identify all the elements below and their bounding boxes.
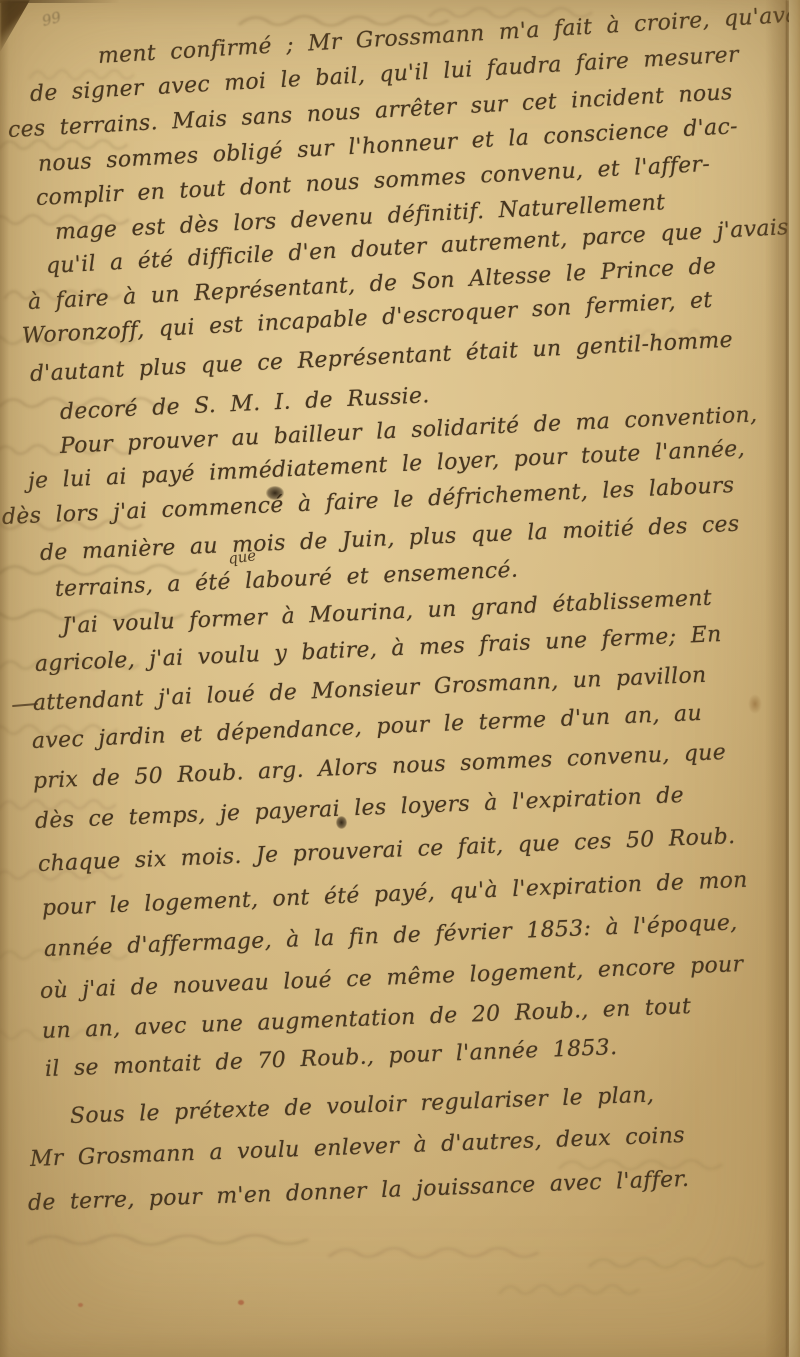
manuscript-line: Mr Grosmann a voulu enlever à d'autres, … [30, 1123, 686, 1172]
manuscript-line: chaque six mois. Je prouverai ce fait, q… [37, 824, 735, 877]
manuscript-line: année d'affermage, à la fin de février 1… [44, 910, 738, 962]
manuscript-line: Sous le prétexte de vouloir regulariser … [70, 1083, 655, 1129]
manuscript-line: de terre, pour m'en donner la jouissance… [28, 1167, 690, 1216]
top-edge-shadow [0, 0, 120, 3]
adjacent-page-edge [789, 0, 800, 1357]
handwritten-text: ment confirmé ; Mr Grossmann m'a fait à … [0, 0, 800, 1357]
ink-blot [336, 816, 347, 829]
manuscript-line: il se montait de 70 Roub., pour l'année … [45, 1035, 618, 1082]
manuscript-page: 99 ment confirmé ; Mr Grossmann m'a fait… [0, 0, 800, 1357]
right-edge-shadow [765, 0, 787, 1357]
ink-blot [266, 486, 284, 500]
interlinear-insertion: que [227, 546, 257, 568]
manuscript-line: dès ce temps, je payerai les loyers à l'… [34, 783, 684, 834]
manuscript-line: terrains, a été labouré et ensemencé. [54, 558, 518, 602]
left-edge-shadow [0, 0, 9, 1357]
